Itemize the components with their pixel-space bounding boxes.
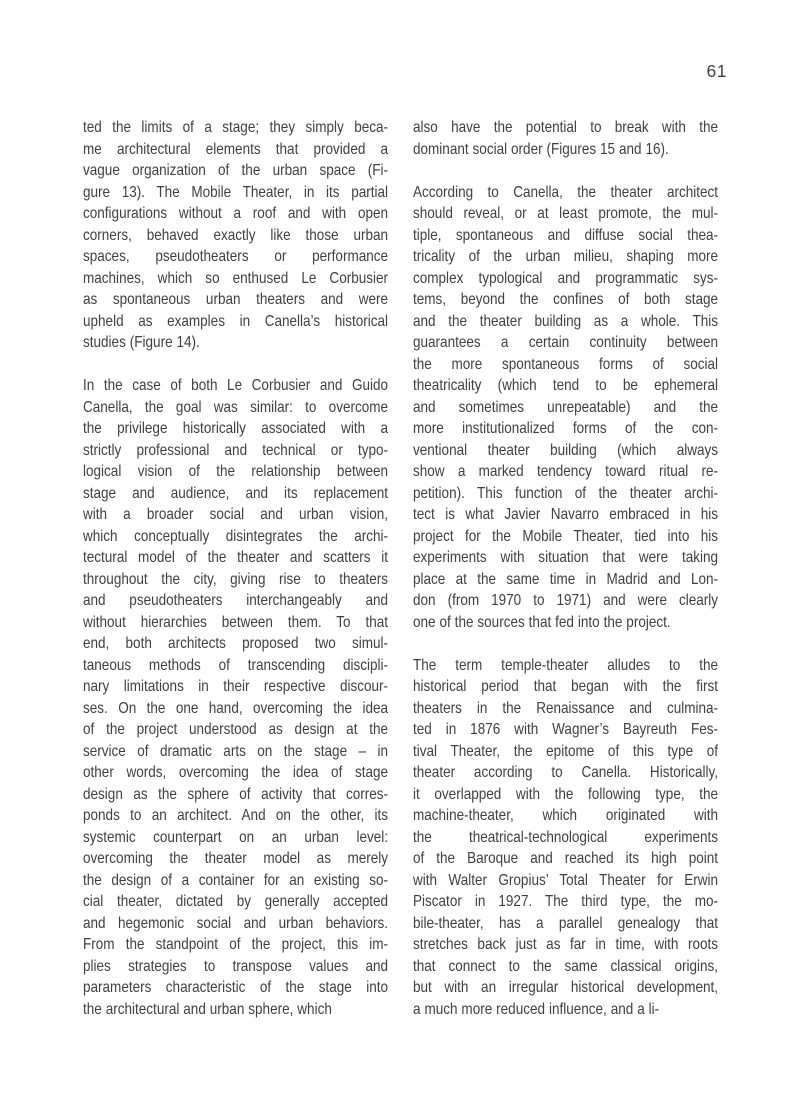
text-line: without hierarchies between them. To tha… — [83, 612, 388, 634]
text-line: theater according to Canella. Historical… — [413, 762, 718, 784]
text-line: configurations without a roof and with o… — [83, 203, 388, 225]
text-line: parameters characteristic of the stage i… — [83, 977, 388, 999]
paragraph: The term temple-theater alludes to thehi… — [413, 655, 718, 1021]
text-line: systemic counterpart on an urban level: — [83, 827, 388, 849]
text-line: theaters in the Renaissance and culmina- — [413, 698, 718, 720]
text-line: petition). This function of the theater … — [413, 483, 718, 505]
text-line: machines, which so enthused Le Corbusier — [83, 268, 388, 290]
text-line: taneous methods of transcending discipli… — [83, 655, 388, 677]
text-line: and the theater building as a whole. Thi… — [413, 311, 718, 333]
text-line: of the project understood as design at t… — [83, 719, 388, 741]
paragraph: also have the potential to break with th… — [413, 117, 718, 160]
text-line: cial theater, dictated by generally acce… — [83, 891, 388, 913]
text-line: more institutionalized forms of the con- — [413, 418, 718, 440]
text-line: upheld as examples in Canella’s historic… — [83, 311, 388, 333]
text-line: studies (Figure 14). — [83, 332, 388, 354]
text-line: ted the limits of a stage; they simply b… — [83, 117, 388, 139]
text-line: According to Canella, the theater archit… — [413, 182, 718, 204]
text-line: end, both architects proposed two simul- — [83, 633, 388, 655]
text-line: vague organization of the urban space (F… — [83, 160, 388, 182]
text-line: stage and audience, and its replacement — [83, 483, 388, 505]
text-line: place at the same time in Madrid and Lon… — [413, 569, 718, 591]
text-line: but with an irregular historical develop… — [413, 977, 718, 999]
page-number: 61 — [707, 62, 727, 80]
text-line: From the standpoint of the project, this… — [83, 934, 388, 956]
text-line: service of dramatic arts on the stage – … — [83, 741, 388, 763]
text-line: should reveal, or at least promote, the … — [413, 203, 718, 225]
text-line: that connect to the same classical origi… — [413, 956, 718, 978]
text-line: tems, beyond the confines of both stage — [413, 289, 718, 311]
text-line: show a marked tendency toward ritual re- — [413, 461, 718, 483]
text-line: project for the Mobile Theater, tied int… — [413, 526, 718, 548]
text-line: of the Baroque and reached its high poin… — [413, 848, 718, 870]
document-page: 61 ted the limits of a stage; they simpl… — [0, 0, 800, 1104]
text-line: corners, behaved exactly like those urba… — [83, 225, 388, 247]
text-line: In the case of both Le Corbusier and Gui… — [83, 375, 388, 397]
text-line: which conceptually disintegrates the arc… — [83, 526, 388, 548]
text-line: design as the sphere of activity that co… — [83, 784, 388, 806]
paragraph: In the case of both Le Corbusier and Gui… — [83, 375, 388, 1020]
paragraph: According to Canella, the theater archit… — [413, 182, 718, 634]
paragraph: ted the limits of a stage; they simply b… — [83, 117, 388, 354]
text-line: with Walter Gropius’ Total Theater for E… — [413, 870, 718, 892]
text-line: the more spontaneous forms of social — [413, 354, 718, 376]
text-line: complex typological and programmatic sys… — [413, 268, 718, 290]
text-line: other words, overcoming the idea of stag… — [83, 762, 388, 784]
text-line: spaces, pseudotheaters or performance — [83, 246, 388, 268]
text-line: tectural model of the theater and scatte… — [83, 547, 388, 569]
text-line: the architectural and urban sphere, whic… — [83, 999, 388, 1021]
text-line: Piscator in 1927. The third type, the mo… — [413, 891, 718, 913]
text-line: stretches back just as far in time, with… — [413, 934, 718, 956]
text-line: a much more reduced influence, and a li- — [413, 999, 718, 1021]
text-line: experiments with situation that were tak… — [413, 547, 718, 569]
text-line: with a broader social and urban vision, — [83, 504, 388, 526]
text-line: it overlapped with the following type, t… — [413, 784, 718, 806]
text-line: dominant social order (Figures 15 and 16… — [413, 139, 718, 161]
text-line: theatricality (which tend to be ephemera… — [413, 375, 718, 397]
text-line: historical period that began with the fi… — [413, 676, 718, 698]
text-line: ted in 1876 with Wagner’s Bayreuth Fes- — [413, 719, 718, 741]
text-line: and pseudotheaters interchangeably and — [83, 590, 388, 612]
text-line: nary limitations in their respective dis… — [83, 676, 388, 698]
text-line: tect is what Javier Navarro embraced in … — [413, 504, 718, 526]
text-line: ventional theater building (which always — [413, 440, 718, 462]
right-column: also have the potential to break with th… — [413, 117, 718, 1020]
text-line: Canella, the goal was similar: to overco… — [83, 397, 388, 419]
text-line: tival Theater, the epitome of this type … — [413, 741, 718, 763]
text-line: as spontaneous urban theaters and were — [83, 289, 388, 311]
text-line: the theatrical-technological experiments — [413, 827, 718, 849]
text-line: throughout the city, giving rise to thea… — [83, 569, 388, 591]
text-line: the design of a container for an existin… — [83, 870, 388, 892]
text-line: and sometimes unrepeatable) and the — [413, 397, 718, 419]
text-line: The term temple-theater alludes to the — [413, 655, 718, 677]
text-line: logical vision of the relationship betwe… — [83, 461, 388, 483]
text-line: the privilege historically associated wi… — [83, 418, 388, 440]
text-line: one of the sources that fed into the pro… — [413, 612, 718, 634]
text-line: ponds to an architect. And on the other,… — [83, 805, 388, 827]
text-line: don (from 1970 to 1971) and were clearly — [413, 590, 718, 612]
text-line: me architectural elements that provided … — [83, 139, 388, 161]
text-line: overcoming the theater model as merely — [83, 848, 388, 870]
text-line: and hegemonic social and urban behaviors… — [83, 913, 388, 935]
text-line: guarantees a certain continuity between — [413, 332, 718, 354]
text-line: gure 13). The Mobile Theater, in its par… — [83, 182, 388, 204]
text-line: machine-theater, which originated with — [413, 805, 718, 827]
text-line: bile-theater, has a parallel genealogy t… — [413, 913, 718, 935]
text-line: also have the potential to break with th… — [413, 117, 718, 139]
text-line: ses. On the one hand, overcoming the ide… — [83, 698, 388, 720]
text-line: tiple, spontaneous and diffuse social th… — [413, 225, 718, 247]
text-line: plies strategies to transpose values and — [83, 956, 388, 978]
left-column: ted the limits of a stage; they simply b… — [83, 117, 388, 1020]
text-line: tricality of the urban milieu, shaping m… — [413, 246, 718, 268]
text-line: strictly professional and technical or t… — [83, 440, 388, 462]
